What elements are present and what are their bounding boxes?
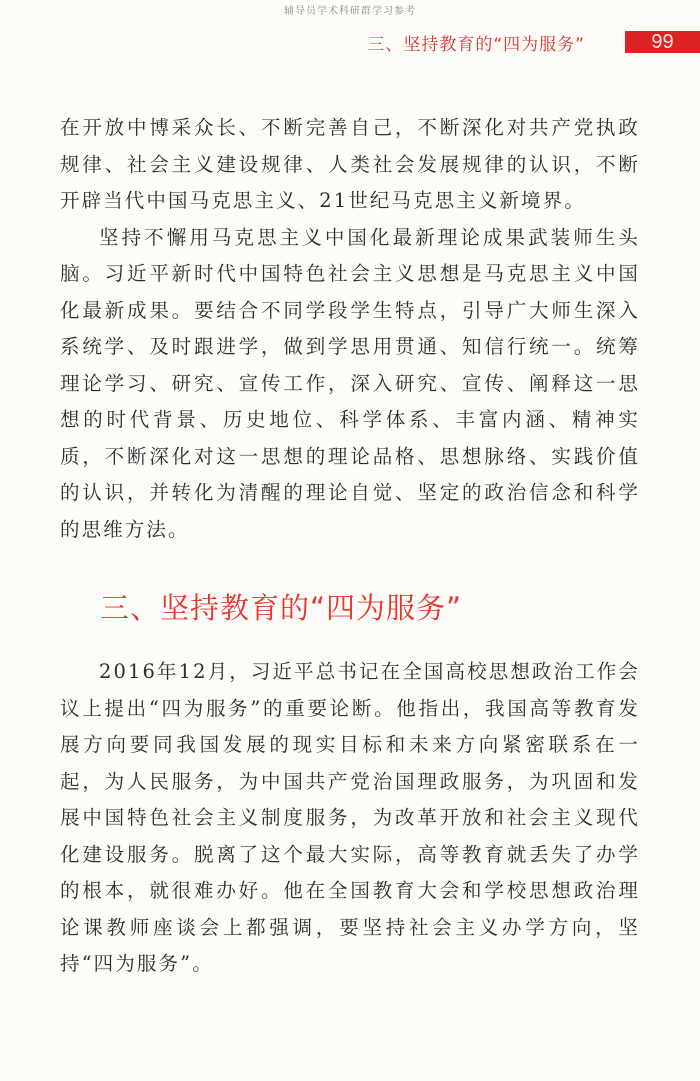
watermark-text: 辅导员学术科研群学习参考 [0, 2, 700, 17]
paragraph-four-services: 2016年12月，习近平总书记在全国高校思想政治工作会议上提出“四为服务”的重要… [60, 654, 640, 983]
running-header-title: 三、坚持教育的“四为服务” [367, 30, 585, 55]
page-number: 99 [651, 31, 673, 54]
paragraph-theory-arming: 坚持不懈用马克思主义中国化最新理论成果武装师生头脑。习近平新时代中国特色社会主义… [60, 220, 640, 549]
running-header: 三、坚持教育的“四为服务” 99 [367, 31, 700, 53]
section-heading: 三、坚持教育的“四为服务” [100, 588, 640, 628]
page-content: 在开放中博采众长、不断完善自己，不断深化对共产党执政规律、社会主义建设规律、人类… [60, 110, 640, 983]
paragraph-continuation: 在开放中博采众长、不断完善自己，不断深化对共产党执政规律、社会主义建设规律、人类… [60, 110, 640, 220]
page-number-badge: 99 [625, 31, 700, 53]
